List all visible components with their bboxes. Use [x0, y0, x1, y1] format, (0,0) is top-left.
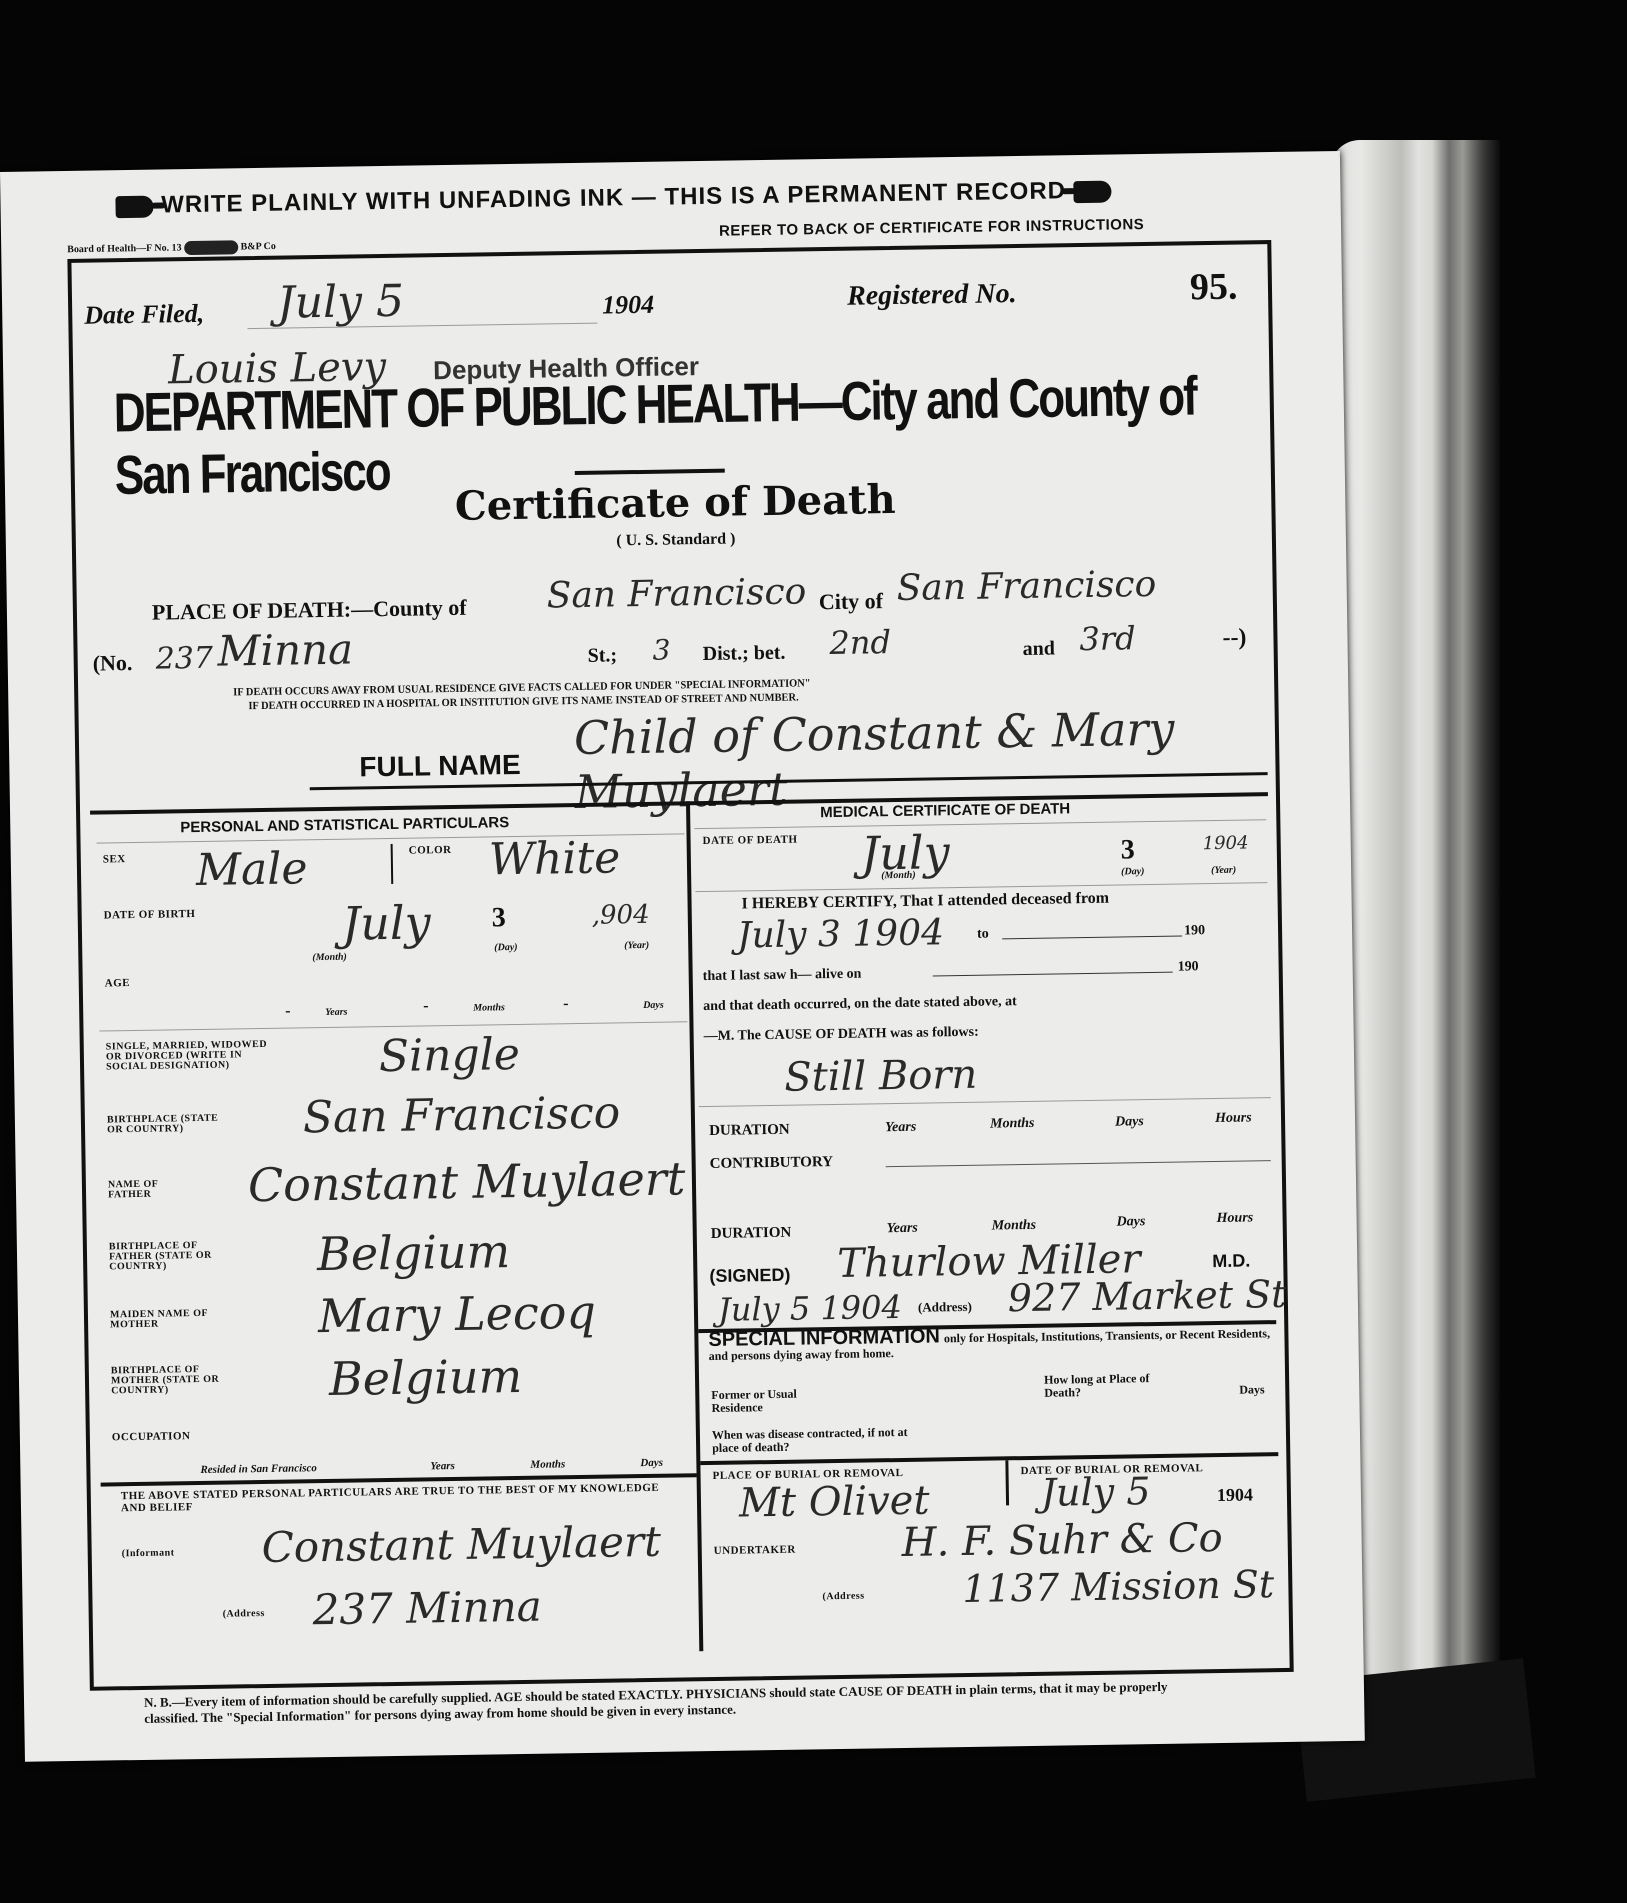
age-years-value: - — [285, 1003, 291, 1021]
birthplace-label: BIRTHPLACE (State or Country) — [107, 1113, 237, 1135]
mother-value: Mary Lecoq — [318, 1285, 597, 1343]
signed-label: (SIGNED) — [709, 1265, 790, 1287]
banner-text: WRITE PLAINLY WITH UNFADING INK — THIS I… — [161, 177, 1066, 218]
pointing-hand-icon — [115, 195, 153, 218]
between-street-2: 3rd — [1079, 619, 1136, 658]
mother-birthplace-label: BIRTHPLACE OF MOTHER (State or Country) — [111, 1364, 241, 1396]
resided-days-label: Days — [640, 1457, 663, 1469]
father-birthplace-label: BIRTHPLACE OF FATHER (State or Country) — [109, 1240, 239, 1272]
dod-day: 3 — [1121, 834, 1136, 866]
duration-months-1: Months — [990, 1116, 1035, 1133]
informant-label: (Informant — [122, 1547, 175, 1559]
duration-years-1: Years — [885, 1120, 916, 1136]
sex-value: Male — [196, 843, 308, 896]
close-paren: --) — [1222, 624, 1246, 651]
registered-no-value: 95. — [1190, 265, 1238, 310]
md-label: M.D. — [1212, 1250, 1250, 1272]
place-of-death-label: PLACE OF DEATH:—County of — [152, 595, 467, 626]
city-value: San Francisco — [896, 564, 1156, 609]
undertaker-address-value: 1137 Mission St — [962, 1562, 1274, 1611]
registered-no-label: Registered No. — [847, 278, 1017, 313]
dob-year-label: (Year) — [624, 940, 649, 951]
duration-hours-2: Hours — [1216, 1210, 1253, 1227]
refer-instructions: REFER TO BACK OF CERTIFICATE FOR INSTRUC… — [719, 216, 1144, 240]
age-days-value: - — [563, 995, 569, 1013]
county-value: San Francisco — [546, 571, 806, 616]
undertaker-value: H. F. Suhr & Co — [901, 1515, 1223, 1566]
contracted-label: When was disease contracted, if not at p… — [712, 1426, 912, 1455]
last-saw-year-prefix: 190 — [1178, 959, 1199, 975]
mother-birthplace-value: Belgium — [329, 1349, 523, 1406]
duration-years-2: Years — [887, 1221, 918, 1237]
father-birthplace-value: Belgium — [317, 1224, 511, 1281]
duration-label-1: DURATION — [709, 1122, 790, 1140]
st-value: 3 — [652, 634, 670, 667]
city-label: City of — [819, 588, 884, 615]
how-long-label: How long at Place of Death? — [1044, 1372, 1164, 1400]
between-street-1: 2nd — [829, 623, 891, 662]
duration-hours-1: Hours — [1215, 1110, 1252, 1127]
father-label: NAME OF FATHER — [108, 1179, 188, 1200]
resided-years-label: Years — [430, 1460, 455, 1472]
st-label: St.; — [587, 644, 617, 667]
mother-label: MAIDEN NAME OF MOTHER — [110, 1308, 240, 1330]
dod-label: DATE OF DEATH — [703, 835, 798, 847]
color-label: COLOR — [409, 845, 452, 857]
seal-icon — [184, 240, 238, 255]
printer-text: B&P Co — [240, 241, 275, 253]
age-months-value: - — [423, 997, 429, 1015]
duration-label-2: DURATION — [711, 1225, 792, 1243]
signed-date: July 5 1904 — [718, 1288, 902, 1329]
age-months-label: Months — [473, 1002, 505, 1013]
age-label: AGE — [105, 978, 131, 989]
dob-day: 3 — [492, 902, 507, 934]
undertaker-address-label: (Address — [822, 1591, 864, 1603]
dod-year-label: (Year) — [1211, 865, 1236, 876]
informant-address-label: (Address — [223, 1608, 265, 1620]
marital-label: SINGLE, MARRIED, WIDOWED OR DIVORCED (Wr… — [106, 1040, 276, 1073]
street-number: 237 — [155, 641, 213, 677]
dod-day-label: (Day) — [1121, 866, 1144, 877]
dod-month-label: (Month) — [881, 870, 916, 882]
age-years-label: Years — [325, 1007, 347, 1018]
resided-label: Resided in San Francisco — [200, 1462, 317, 1476]
date-filed-year: 1904 — [602, 290, 654, 321]
last-saw-text: that I last saw h— alive on — [703, 967, 862, 985]
occupation-label: OCCUPATION — [112, 1431, 191, 1443]
date-filed-value: July 5 — [277, 276, 405, 329]
duration-days-1: Days — [1115, 1114, 1144, 1130]
attended-from: July 3 1904 — [737, 912, 945, 956]
contributory-label: CONTRIBUTORY — [710, 1154, 834, 1173]
duration-months-2: Months — [992, 1218, 1037, 1235]
pointing-hand-icon — [1074, 180, 1112, 203]
marital-value: Single — [379, 1029, 521, 1082]
resided-months-label: Months — [530, 1458, 565, 1471]
form-number: Board of Health—F No. 13 B&P Co — [67, 240, 276, 257]
dob-month: July — [341, 895, 431, 950]
duration-days-2: Days — [1117, 1214, 1146, 1230]
physician-address-label: (Address) — [918, 1299, 972, 1316]
street-name: Minna — [217, 625, 353, 676]
informant-value: Constant Muylaert — [261, 1517, 661, 1572]
death-certificate-page: WRITE PLAINLY WITH UNFADING INK — THIS I… — [0, 151, 1365, 1762]
undertaker-label: UNDERTAKER — [714, 1545, 796, 1557]
burial-year: 1904 — [1217, 1484, 1253, 1506]
header-banner: WRITE PLAINLY WITH UNFADING INK — THIS I… — [115, 177, 1112, 221]
dob-day-label: (Day) — [494, 942, 517, 953]
how-long-days-label: Days — [1239, 1382, 1265, 1397]
former-residence-label: Former or Usual Residence — [711, 1387, 821, 1415]
date-filed-label: Date Filed, — [84, 299, 204, 331]
birthplace-value: San Francisco — [302, 1087, 620, 1143]
form-no-text: Board of Health—F No. 13 — [67, 242, 182, 255]
dob-label: DATE OF BIRTH — [104, 909, 196, 921]
burial-date-value: July 5 — [1041, 1469, 1151, 1515]
to-label: to — [977, 927, 989, 943]
father-value: Constant Muylaert — [248, 1151, 686, 1212]
street-no-label: (No. — [93, 650, 133, 677]
age-days-label: Days — [643, 1000, 664, 1011]
color-value: White — [488, 832, 620, 885]
dob-year: ,904 — [592, 900, 650, 931]
dob-month-label: (Month) — [312, 952, 347, 964]
physician-address: 927 Market St — [1007, 1272, 1286, 1320]
to-year-prefix: 190 — [1184, 923, 1205, 939]
cause-value: Still Born — [784, 1052, 978, 1101]
and-label: and — [1022, 637, 1055, 661]
informant-address-value: 237 Minna — [312, 1582, 542, 1635]
dist-label: Dist.; bet. — [702, 642, 785, 666]
dod-year: 1904 — [1203, 832, 1249, 854]
full-name-label: FULL NAME — [359, 749, 521, 784]
sex-label: SEX — [103, 854, 126, 865]
